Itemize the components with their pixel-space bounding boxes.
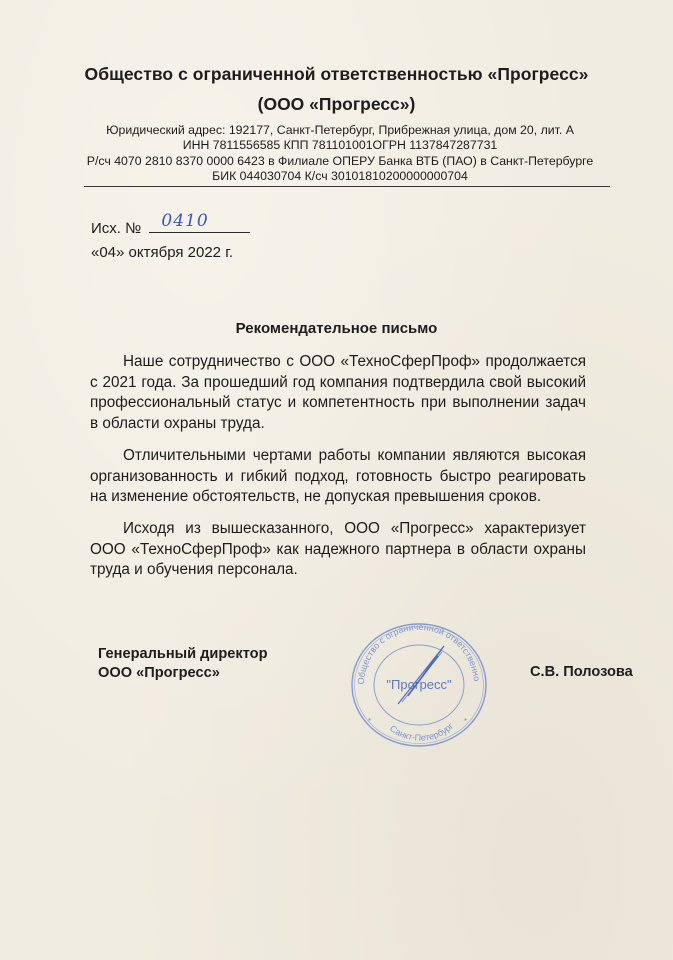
svg-text:*: * bbox=[368, 717, 371, 726]
bank-account: Р/сч 4070 2810 8370 0000 6423 в Филиале … bbox=[70, 154, 610, 169]
signatory-role: Генеральный директор ООО «Прогресс» bbox=[98, 645, 268, 683]
letter-date: «04» октября 2022 г. bbox=[91, 244, 233, 261]
paragraph-text: Исходя из вышесказанного, ООО «Прогресс»… bbox=[90, 519, 586, 581]
svg-text:Санкт-Петербург: Санкт-Петербург bbox=[388, 720, 456, 742]
svg-text:*: * bbox=[464, 717, 467, 726]
handwritten-number: 0410 bbox=[161, 211, 208, 231]
signatory-company: ООО «Прогресс» bbox=[98, 664, 268, 683]
signatory-title: Генеральный директор bbox=[98, 645, 268, 664]
letter-page: Общество с ограниченной ответственностью… bbox=[0, 0, 673, 960]
bank-codes: БИК 044030704 К/сч 30101810200000000704 bbox=[70, 169, 610, 184]
svg-text:"Прогресс": "Прогресс" bbox=[386, 677, 452, 692]
tax-ids: ИНН 7811556585 КПП 781101001ОГРН 1137847… bbox=[70, 138, 610, 153]
company-stamp-icon: Общество с ограниченной ответственностью… bbox=[346, 622, 492, 748]
outgoing-label: Исх. № bbox=[91, 220, 141, 237]
svg-text:Общество с ограниченной ответс: Общество с ограниченной ответственностью bbox=[346, 622, 482, 685]
header-divider bbox=[84, 186, 610, 187]
org-short-name: (ООО «Прогресс») bbox=[60, 94, 613, 115]
paragraph-2: Отличительными чертами работы компании я… bbox=[90, 446, 586, 508]
outgoing-number: Исх. № 0410 bbox=[91, 218, 250, 237]
legal-address: Юридический адрес: 192177, Санкт-Петербу… bbox=[70, 123, 610, 138]
signatory-name: С.В. Полозова bbox=[530, 664, 633, 680]
outgoing-number-line: 0410 bbox=[149, 218, 250, 233]
paragraph-1: Наше сотрудничество с ООО «ТехноСферПроф… bbox=[90, 352, 586, 434]
org-name: Общество с ограниченной ответственностью… bbox=[60, 64, 613, 85]
paragraph-text: Наше сотрудничество с ООО «ТехноСферПроф… bbox=[90, 352, 586, 434]
paragraph-text: Отличительными чертами работы компании я… bbox=[90, 446, 586, 508]
org-requisites: Юридический адрес: 192177, Санкт-Петербу… bbox=[70, 123, 610, 184]
paragraph-3: Исходя из вышесказанного, ООО «Прогресс»… bbox=[90, 519, 586, 581]
letter-title: Рекомендательное письмо bbox=[60, 320, 613, 337]
